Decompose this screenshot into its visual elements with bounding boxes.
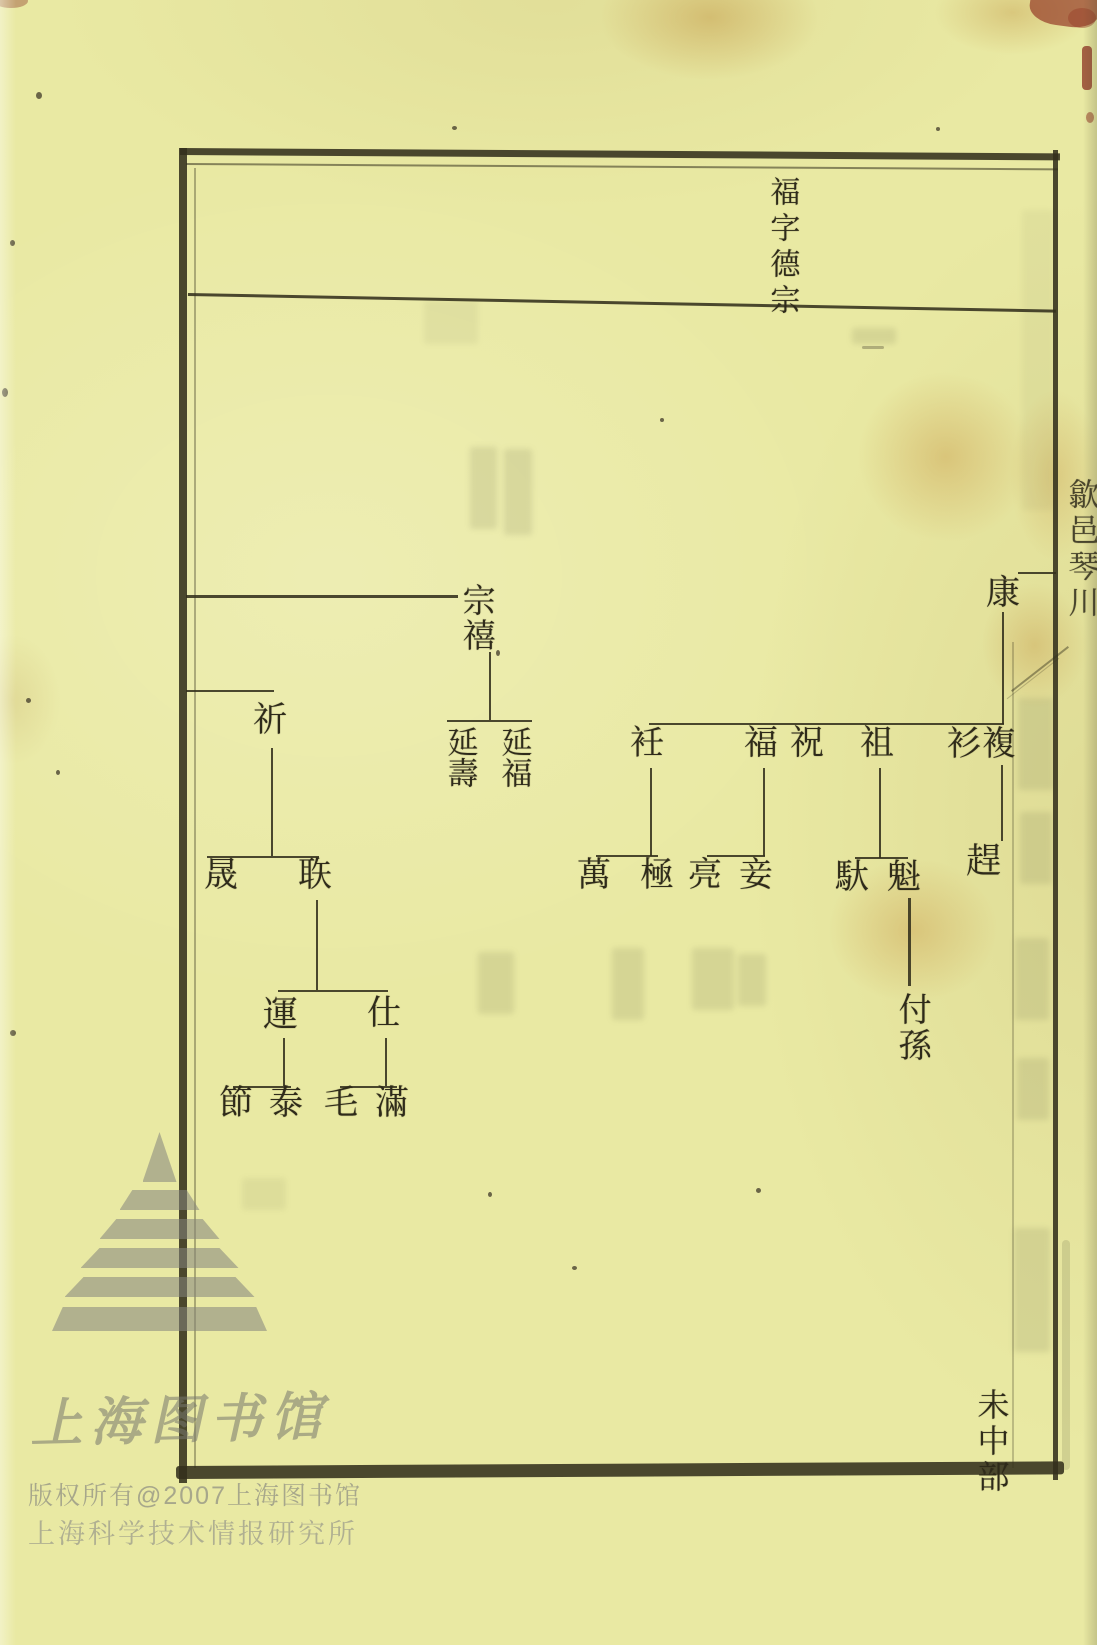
bleedthrough-mark [478,952,514,1014]
pagoda-roof [100,1219,220,1239]
person-man: 滿 [375,1086,409,1123]
section-rule [188,293,1056,313]
red-ink-mark [1082,46,1092,90]
red-ink-blotch [1068,8,1096,28]
ink-speck [936,127,940,131]
ink-speck [56,770,60,775]
person-ren: 衽 [630,726,664,763]
branch-line-zongxi [186,595,458,598]
paper-stain [600,0,820,80]
fold-crease-vertical [1012,642,1014,1468]
branch-line-kang [1018,572,1056,574]
ink-speck [2,388,8,397]
tree-connector-line [650,768,652,856]
pagoda-roof [81,1248,239,1268]
frame-border-top-inner [186,163,1058,170]
person-zongxi: 宗禧 [457,583,493,653]
institute-watermark: 上海科学技术情报研究所 [28,1512,358,1551]
tree-connector-line [447,720,532,722]
person-yun: 運 [263,996,298,1034]
scan-edge-right [1083,0,1097,1645]
scanned-genealogy-page: 福字德宗 歙邑琴川 未中部 宗禧 康 祈 延壽 延福 衽 福 祝 祖 衫 複 晟… [0,0,1097,1645]
ink-speck [452,126,457,130]
person-kang: 康 [986,576,1020,613]
shanghai-library-pagoda-logo-icon [52,1132,267,1331]
scan-edge-right-streak [1062,1240,1070,1470]
person-tai: 泰 [269,1086,303,1123]
ink-speck [36,92,42,99]
tree-connector-line [879,768,881,858]
ink-speck [10,1030,16,1036]
tree-connector-line [283,1038,285,1086]
bleedthrough-mark [1020,812,1052,884]
pagoda-base [52,1307,267,1331]
person-mao: 毛 [324,1086,358,1123]
person-shan: 衫 [947,727,981,764]
ink-speck [660,418,664,422]
bleedthrough-mark [1018,698,1054,790]
paper-stain [858,372,1033,542]
person-yanshou: 延壽 [443,726,476,788]
person-fusun: 付孫 [893,992,929,1064]
person-jie: 節 [219,1086,253,1123]
person-fu2: 複 [982,727,1016,764]
bleedthrough-mark [1015,938,1049,1020]
red-ink-mark [0,0,28,8]
right-margin-place-label: 歙邑琴川 [1064,478,1097,622]
tree-connector-line [1001,765,1003,841]
pagoda-spire [143,1132,177,1182]
tree-connector-line [278,990,388,992]
ink-speck [10,240,15,246]
tree-connector-line [649,723,1004,725]
ink-speck [496,650,500,656]
person-qi: 祈 [253,703,287,740]
person-yanfu: 延福 [497,726,530,788]
bleedthrough-mark [424,300,478,344]
tree-connector-line [316,900,318,990]
person-zhu: 祝 [790,726,824,763]
person-tuo: 馱 [835,860,869,897]
scan-edge-left [0,0,16,1645]
person-gan: 趕 [966,843,1001,881]
tree-connector-line [763,768,765,856]
bleedthrough-mark [738,954,766,1006]
person-ji: 極 [640,858,674,895]
person-liang: 亮 [688,858,722,895]
ink-speck [488,1192,492,1197]
ink-speck [26,698,31,703]
person-shi: 仕 [367,996,401,1033]
ink-speck [572,1266,577,1270]
bleedthrough-mark [852,328,896,344]
tree-connector-line [1002,612,1004,724]
pagoda-roof [120,1190,200,1210]
frame-border-right [1053,150,1058,1480]
ink-speck [862,346,884,349]
bleedthrough-mark [504,449,532,535]
person-qie: 妾 [739,858,773,895]
bleedthrough-mark [612,948,644,1020]
tree-connector-line [271,748,273,856]
person-wan: 萬 [577,858,611,895]
bleedthrough-mark [1014,1228,1050,1352]
tree-connector-line [385,1038,387,1086]
bleedthrough-mark [1022,210,1054,510]
tree-connector-line [908,898,911,986]
person-sheng: 晟 [204,858,238,895]
red-ink-mark [1086,112,1094,123]
library-name-watermark: 上海图书馆 [29,1374,331,1457]
generation-header-label: 福字德宗 [765,176,797,320]
frame-border-top [180,148,1060,160]
person-fu: 福 [744,726,778,763]
bleedthrough-mark [692,948,734,1010]
tree-connector-line [489,652,491,720]
bleedthrough-mark [1017,1058,1049,1120]
person-kui: 魁 [887,860,921,897]
copyright-watermark: 版权所有@2007上海图书馆 [28,1476,362,1512]
person-zu: 祖 [860,726,894,763]
branch-line-qi [186,690,274,692]
pagoda-roof [65,1277,255,1297]
person-che: 聅 [298,858,332,895]
right-margin-section-label: 未中部 [974,1388,1009,1496]
ink-speck [756,1188,761,1193]
bleedthrough-mark [470,447,497,529]
